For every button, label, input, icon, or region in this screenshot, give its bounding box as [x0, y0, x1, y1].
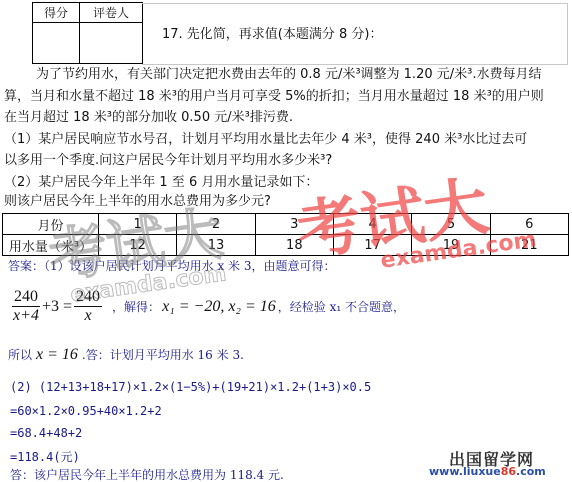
- grader-label: 评卷人: [80, 3, 143, 23]
- score-cell: [33, 23, 80, 64]
- fraction-1: 240 x+4: [12, 288, 40, 325]
- part1-line: 以多用一个季度.问这户居民今年计划月平均用水多少米³?: [4, 150, 332, 172]
- score-box: 得分 评卷人: [32, 2, 143, 64]
- calc-line: =68.4+48+2: [10, 426, 82, 440]
- eq-plus: +3 =: [42, 298, 72, 316]
- solutions: x₁ = −20, x₂ = 16: [162, 298, 276, 316]
- part1-line: （1）某户居民响应节水号召，计划月平均用水量比去年少 4 米³，使得 240 米…: [4, 129, 527, 151]
- grader-cell: [80, 23, 143, 64]
- calc-line: (2) (12+13+18+17)×1.2×(1−5%)+(19+21)×1.2…: [10, 380, 371, 394]
- question-title: 17. 先化简，再求值(本题满分 8 分)：: [162, 23, 383, 42]
- calc-line: =60×1.2×0.95+40×1.2+2: [10, 404, 162, 418]
- paragraph-line: 为了节约用水，有关部门决定把水费由去年的 0.8 元/米³调整为 1.20 元/…: [36, 64, 541, 86]
- conclusion: 所以 x = 16 .答：计划月平均用水 16 米 3.: [8, 346, 244, 364]
- site-logo-url[interactable]: www.liuxue86.com: [429, 465, 546, 478]
- paragraph-line: 算，当月和水量不超过 18 米³的用户当月可享受 5%的折扣；当月用水量超过 1…: [4, 86, 544, 108]
- paragraph-line: 在当月超过 18 米³的部分加收 0.50 元/米³排污费.: [4, 107, 293, 129]
- score-label: 得分: [33, 3, 80, 23]
- check-text: ，经检验 x₁ 不合题意，: [278, 298, 405, 315]
- final-answer: 答：该户居民今年上半年的用水总费用为 118.4 元.: [10, 466, 284, 482]
- calc-line: =118.4(元): [10, 448, 80, 465]
